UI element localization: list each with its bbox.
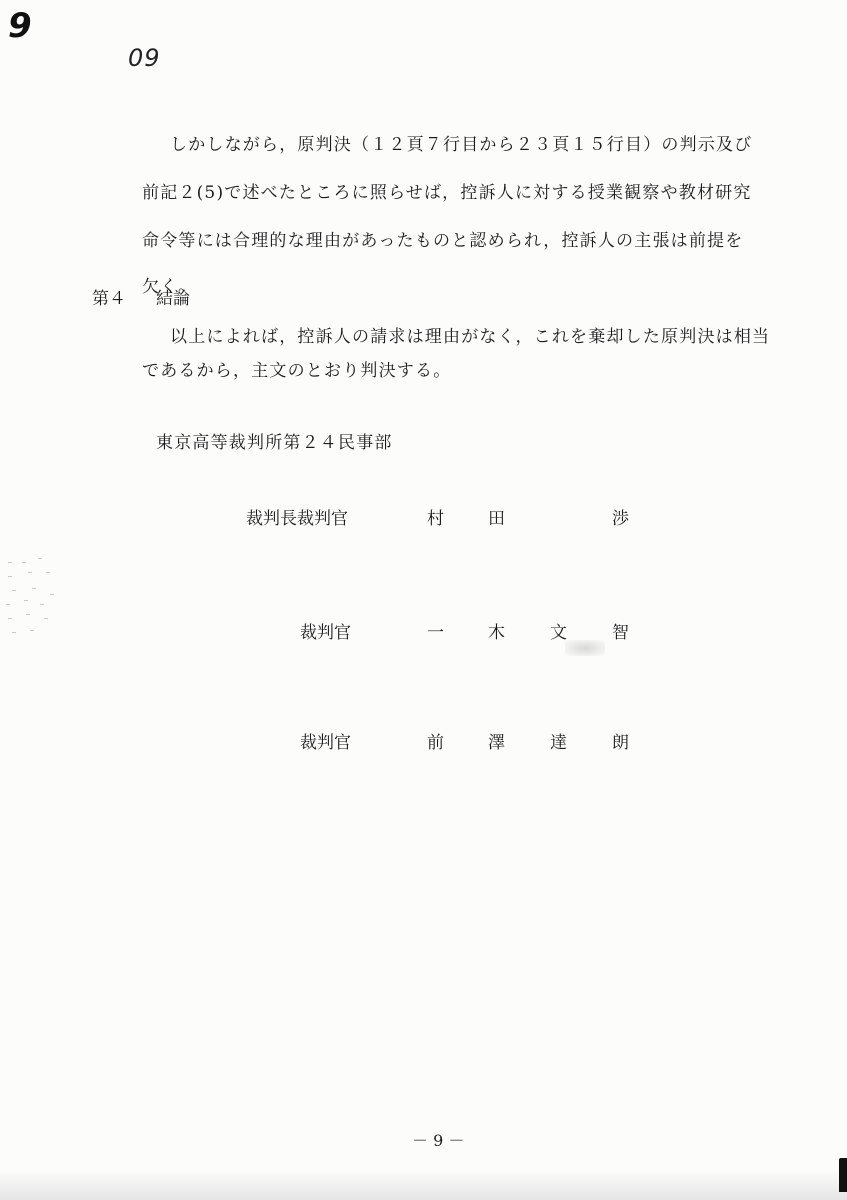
judge-name-char: 田 xyxy=(488,504,505,529)
judge-title: 裁判官 xyxy=(300,618,351,643)
paragraph-line: 以上によれば，控訴人の請求は理由がなく，これを棄却した原判決は相当 xyxy=(170,322,770,347)
judge-name-char: 智 xyxy=(612,618,629,643)
judge-name-char: 朗 xyxy=(612,728,629,753)
judge-name-char: 村 xyxy=(427,504,444,529)
judge-name-char: 木 xyxy=(488,618,505,643)
scan-bottom-shade xyxy=(0,1170,847,1200)
paragraph-line: 前記２(5)で述べたところに照らせば，控訴人に対する授業観察や教材研究 xyxy=(142,178,752,203)
paragraph-line: しかしながら，原判決（１２頁７行目から２３頁１５行目）の判示及び xyxy=(170,130,752,155)
scan-corner-mark xyxy=(839,1158,847,1192)
paragraph-line: であるから，主文のとおり判決する。 xyxy=(142,356,451,381)
handwritten-code: 09 xyxy=(128,44,161,72)
paragraph-line: 命令等には合理的な理由があったものと認められ，控訴人の主張は前提を xyxy=(142,226,743,251)
judge-name-char: 達 xyxy=(550,728,567,753)
judge-title: 裁判長裁判官 xyxy=(246,504,348,529)
handwritten-page-mark: 9 xyxy=(8,6,32,46)
judge-name-char: 渉 xyxy=(612,504,629,529)
scan-smudge xyxy=(565,640,605,656)
section-title: 結論 xyxy=(156,284,190,309)
judge-name-char: 前 xyxy=(427,728,444,753)
judge-name-char: 一 xyxy=(427,618,444,643)
section-number: 第４ xyxy=(92,284,126,309)
court-name: 東京高等裁判所第２４民事部 xyxy=(156,428,393,453)
judge-title: 裁判官 xyxy=(300,728,351,753)
judge-name-char: 澤 xyxy=(488,728,505,753)
page-number: － 9 － xyxy=(412,1128,464,1151)
